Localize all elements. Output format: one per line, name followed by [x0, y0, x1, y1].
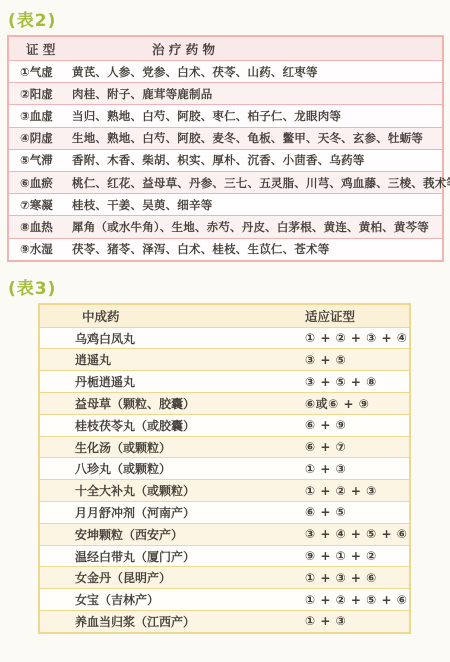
table2-header-treatment-drugs: 治 疗 药 物	[152, 40, 215, 58]
drug-list: 茯苓、猪苓、泽泻、白术、桂枝、生苡仁、苍术等	[72, 241, 442, 257]
table2-body: ①气虚黄芪、人参、党参、白术、茯苓、山药、红枣等②阳虚肉桂、附子、鹿茸等鹿制品③…	[9, 60, 442, 260]
table-row: ②阳虚肉桂、附子、鹿茸等鹿制品	[9, 82, 442, 104]
syndrome-type-label: ④阴虚	[20, 130, 72, 146]
drug-list: 桃仁、红花、益母草、丹参、三七、五灵脂、川芎、鸡血藤、三棱、莪术等	[72, 175, 450, 191]
indication-type-combo: ① + ② + ③ + ④	[305, 331, 407, 345]
medicine-name: 养血当归浆（江西产）	[75, 613, 305, 630]
table-row: 温经白带丸（厦门产）⑨ + ① + ②	[40, 545, 409, 567]
table-row: ⑦寒凝桂枝、干姜、吴萸、细辛等	[9, 193, 442, 215]
table-row: 女金丹（昆明产）① + ③ + ⑥	[40, 566, 409, 588]
table-row: 益母草（颗粒、胶囊）⑥或⑥ + ⑨	[40, 392, 409, 414]
table-row: 月月舒冲剂（河南产）⑥ + ⑤	[40, 501, 409, 523]
drug-list: 犀角（或水牛角）、生地、赤芍、丹皮、白茅根、黄连、黄柏、黄芩等	[72, 219, 442, 235]
table-row: ⑧血热犀角（或水牛角）、生地、赤芍、丹皮、白茅根、黄连、黄柏、黄芩等	[9, 215, 442, 237]
medicine-name: 八珍丸（或颗粒）	[75, 460, 305, 477]
medicine-name: 乌鸡白凤丸	[75, 330, 305, 347]
drug-list: 香附、木香、柴胡、枳实、厚朴、沉香、小茴香、乌药等	[72, 152, 442, 168]
medicine-name: 生化汤（或颗粒）	[75, 439, 305, 456]
indication-type-combo: ⑥ + ⑨	[305, 418, 346, 432]
patent-medicine-table: 中成药 适应证型 乌鸡白凤丸① + ② + ③ + ④逍遥丸③ + ⑤丹栀逍遥丸…	[38, 303, 411, 634]
table-row: ④阴虚生地、熟地、白芍、阿胶、麦冬、龟板、鳖甲、天冬、玄参、牡蛎等	[9, 127, 442, 149]
table-row: 十全大补丸（或颗粒）① + ② + ③	[40, 479, 409, 501]
syndrome-type-label: ⑥血瘀	[20, 175, 72, 191]
medicine-name: 女宝（吉林产）	[75, 591, 305, 608]
medicine-name: 桂枝茯苓丸（或胶囊）	[75, 417, 305, 434]
drug-list: 黄芪、人参、党参、白术、茯苓、山药、红枣等	[72, 64, 442, 80]
table-row: 乌鸡白凤丸① + ② + ③ + ④	[40, 327, 409, 349]
syndrome-type-label: ②阳虚	[20, 86, 72, 102]
indication-type-combo: ⑥ + ⑤	[305, 505, 346, 519]
syndrome-type-label: ⑦寒凝	[20, 197, 72, 213]
table-row: 养血当归浆（江西产）① + ③	[40, 610, 409, 632]
indication-type-combo: ③ + ④ + ⑤ + ⑥	[305, 527, 407, 541]
table-row: ①气虚黄芪、人参、党参、白术、茯苓、山药、红枣等	[9, 60, 442, 82]
medicine-name: 女金丹（昆明产）	[75, 569, 305, 586]
medicine-name: 月月舒冲剂（河南产）	[75, 504, 305, 521]
indication-type-combo: ① + ③	[305, 614, 346, 628]
syndrome-type-label: ③血虚	[20, 108, 72, 124]
indication-type-combo: ⑥ + ⑦	[305, 440, 346, 454]
medicine-name: 安坤颗粒（西安产）	[75, 526, 305, 543]
table-row: ③血虚当归、熟地、白芍、阿胶、枣仁、柏子仁、龙眼肉等	[9, 104, 442, 126]
syndrome-type-label: ⑤气滞	[20, 152, 72, 168]
table3-header-medicine-name: 中成药	[82, 307, 305, 325]
table-row: ⑤气滞香附、木香、柴胡、枳实、厚朴、沉香、小茴香、乌药等	[9, 149, 442, 171]
table-row: 逍遥丸③ + ⑤	[40, 348, 409, 370]
table2-header-syndrome-type: 证 型	[26, 40, 84, 58]
syndrome-drug-table: 证 型 治 疗 药 物 ①气虚黄芪、人参、党参、白术、茯苓、山药、红枣等②阳虚肉…	[7, 35, 444, 262]
medicine-name: 益母草（颗粒、胶囊）	[75, 395, 305, 412]
syndrome-type-label: ①气虚	[20, 64, 72, 80]
indication-type-combo: ① + ② + ③	[305, 484, 377, 498]
table-row: 桂枝茯苓丸（或胶囊）⑥ + ⑨	[40, 414, 409, 436]
drug-list: 桂枝、干姜、吴萸、细辛等	[72, 197, 442, 213]
indication-type-combo: ③ + ⑤ + ⑧	[305, 375, 377, 389]
indication-type-combo: ① + ② + ⑤ + ⑥	[305, 593, 407, 607]
indication-type-combo: ③ + ⑤	[305, 353, 346, 367]
medicine-name: 温经白带丸（厦门产）	[75, 548, 305, 565]
medicine-name: 十全大补丸（或颗粒）	[75, 482, 305, 499]
table-row: 生化汤（或颗粒）⑥ + ⑦	[40, 436, 409, 458]
syndrome-type-label: ⑨水湿	[20, 241, 72, 257]
indication-type-combo: ① + ③ + ⑥	[305, 571, 377, 585]
drug-list: 生地、熟地、白芍、阿胶、麦冬、龟板、鳖甲、天冬、玄参、牡蛎等	[72, 130, 442, 146]
table-row: 安坤颗粒（西安产）③ + ④ + ⑤ + ⑥	[40, 523, 409, 545]
drug-list: 肉桂、附子、鹿茸等鹿制品	[72, 86, 442, 102]
table-row: 八珍丸（或颗粒）① + ③	[40, 457, 409, 479]
indication-type-combo: ① + ③	[305, 462, 346, 476]
drug-list: 当归、熟地、白芍、阿胶、枣仁、柏子仁、龙眼肉等	[72, 108, 442, 124]
table-row: ⑨水湿茯苓、猪苓、泽泻、白术、桂枝、生苡仁、苍术等	[9, 238, 442, 260]
medicine-name: 逍遥丸	[75, 351, 305, 368]
syndrome-type-label: ⑧血热	[20, 219, 72, 235]
table-row: ⑥血瘀桃仁、红花、益母草、丹参、三七、五灵脂、川芎、鸡血藤、三棱、莪术等	[9, 171, 442, 193]
table2-caption: (表2)	[0, 0, 450, 35]
table3-header-indication-types: 适应证型	[305, 307, 355, 325]
medicine-name: 丹栀逍遥丸	[75, 373, 305, 390]
indication-type-combo: ⑨ + ① + ②	[305, 549, 377, 563]
indication-type-combo: ⑥或⑥ + ⑨	[305, 395, 369, 412]
table2-header-row: 证 型 治 疗 药 物	[9, 37, 442, 60]
table3-body: 乌鸡白凤丸① + ② + ③ + ④逍遥丸③ + ⑤丹栀逍遥丸③ + ⑤ + ⑧…	[40, 327, 409, 632]
table-row: 丹栀逍遥丸③ + ⑤ + ⑧	[40, 370, 409, 392]
table3-caption: (表3)	[0, 262, 450, 303]
scanned-document-page: (表2) 证 型 治 疗 药 物 ①气虚黄芪、人参、党参、白术、茯苓、山药、红枣…	[0, 0, 450, 662]
table-row: 女宝（吉林产）① + ② + ⑤ + ⑥	[40, 588, 409, 610]
table3-header-row: 中成药 适应证型	[40, 305, 409, 327]
